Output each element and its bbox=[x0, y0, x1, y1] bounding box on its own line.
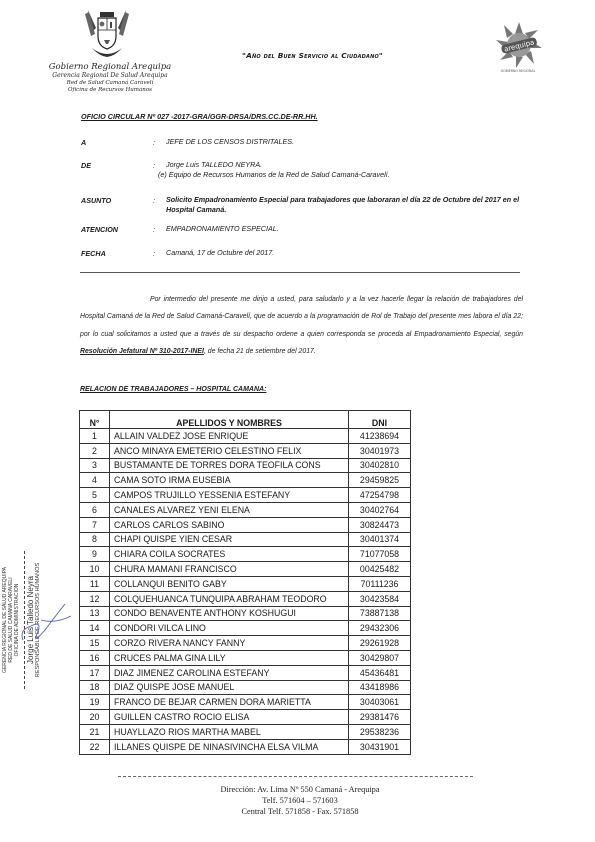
arequipa-sun-logo-icon: arequipa bbox=[494, 20, 544, 70]
org-line-office: Oficina de Recursos Humanos bbox=[40, 87, 180, 94]
employee-dni: 29538236 bbox=[349, 724, 411, 739]
employee-name: BUSTAMANTE DE TORRES DORA TEOFILA CONS bbox=[110, 458, 349, 473]
employee-name: GUILLEN CASTRO ROCIO ELISA bbox=[110, 710, 349, 725]
employee-dni: 29432306 bbox=[349, 621, 411, 636]
row-number: 7 bbox=[80, 517, 110, 532]
org-line-gerencia: Gerencia Regional De Salud Arequipa bbox=[40, 72, 180, 80]
table-row: 17DIAZ JIMENEZ CAROLINA ESTEFANY45436481 bbox=[80, 665, 411, 680]
row-number: 11 bbox=[80, 576, 110, 591]
row-number: 2 bbox=[80, 443, 110, 458]
field-separator: : bbox=[153, 225, 155, 234]
employee-name: CORZO RIVERA NANCY FANNY bbox=[110, 636, 349, 651]
row-number: 13 bbox=[80, 606, 110, 621]
row-number: 4 bbox=[80, 473, 110, 488]
employee-name: COLQUEHUANCA TUNQUIPA ABRAHAM TEODORO bbox=[110, 591, 349, 606]
employee-dni: 00425482 bbox=[349, 562, 411, 577]
table-row: 10CHURA MAMANI FRANCISCO00425482 bbox=[80, 562, 411, 577]
field-value-from-role: (e) Equipo de Recursos Humanos de la Red… bbox=[158, 170, 528, 180]
employee-dni: 45436481 bbox=[349, 665, 411, 680]
employee-dni: 30403061 bbox=[349, 695, 411, 710]
employee-dni: 30402810 bbox=[349, 458, 411, 473]
employee-name: ILLANES QUISPE DE NINASIVINCHA ELSA VILM… bbox=[110, 739, 349, 754]
footer-address: Dirección: Av. Lima Nº 550 Camaná - Areq… bbox=[150, 784, 450, 795]
org-line-government: Gobierno Regional Arequipa bbox=[40, 62, 180, 72]
employee-dni: 30824473 bbox=[349, 517, 411, 532]
employee-dni: 29261928 bbox=[349, 636, 411, 651]
column-header-dni: DNI bbox=[349, 411, 411, 429]
employee-dni: 73887138 bbox=[349, 606, 411, 621]
employee-dni: 71077058 bbox=[349, 547, 411, 562]
employee-name: DIAZ JIMENEZ CAROLINA ESTEFANY bbox=[110, 665, 349, 680]
field-label-date: FECHA bbox=[81, 249, 106, 258]
footer-phone: Telf. 571604 – 571603 bbox=[150, 795, 450, 806]
table-row: 13CONDO BENAVENTE ANTHONY KOSHUGUI738871… bbox=[80, 606, 411, 621]
employee-name: CONDO BENAVENTE ANTHONY KOSHUGUI bbox=[110, 606, 349, 621]
field-value-to: JEFE DE LOS CENSOS DISTRITALES. bbox=[166, 137, 536, 147]
table-row: 7CARLOS CARLOS SABINO30824473 bbox=[80, 517, 411, 532]
row-number: 10 bbox=[80, 562, 110, 577]
table-row: 5CAMPOS TRUJILLO YESSENIA ESTEFANY472547… bbox=[80, 488, 411, 503]
table-row: 20GUILLEN CASTRO ROCIO ELISA29381476 bbox=[80, 710, 411, 725]
column-header-name: APELLIDOS Y NOMBRES bbox=[110, 411, 349, 429]
employee-dni: 30401374 bbox=[349, 532, 411, 547]
employee-name: DIAZ QUISPE JOSE MANUEL bbox=[110, 680, 349, 695]
field-separator: : bbox=[153, 161, 155, 170]
employee-name: FRANCO DE BEJAR CARMEN DORA MARIETTA bbox=[110, 695, 349, 710]
footer-divider bbox=[118, 776, 473, 777]
employee-name: ANCO MINAYA EMETERIO CELESTINO FELIX bbox=[110, 443, 349, 458]
row-number: 12 bbox=[80, 591, 110, 606]
employee-name: CARLOS CARLOS SABINO bbox=[110, 517, 349, 532]
table-row: 18DIAZ QUISPE JOSE MANUEL43418986 bbox=[80, 680, 411, 695]
field-label-subject: ASUNTO bbox=[81, 196, 111, 205]
table-row: 9CHIARA COILA SOCRATES71077058 bbox=[80, 547, 411, 562]
field-separator: : bbox=[153, 196, 155, 205]
table-row: 22ILLANES QUISPE DE NINASIVINCHA ELSA VI… bbox=[80, 739, 411, 754]
memo-reference: OFICIO CIRCULAR Nº 027 -2017-GRA/GGR-DRS… bbox=[81, 112, 318, 121]
table-row: 16CRUCES PALMA GINA LILY30429807 bbox=[80, 650, 411, 665]
employee-dni: 30431901 bbox=[349, 739, 411, 754]
employee-dni: 30402764 bbox=[349, 502, 411, 517]
table-row: 12COLQUEHUANCA TUNQUIPA ABRAHAM TEODORO3… bbox=[80, 591, 411, 606]
employee-dni: 29459825 bbox=[349, 473, 411, 488]
footer-contact: Dirección: Av. Lima Nº 550 Camaná - Areq… bbox=[150, 784, 450, 817]
table-row: 3BUSTAMANTE DE TORRES DORA TEOFILA CONS3… bbox=[80, 458, 411, 473]
table-row: 6CANALES ALVAREZ YENI ELENA30402764 bbox=[80, 502, 411, 517]
employee-dni: 43418986 bbox=[349, 680, 411, 695]
table-row: 8CHAPI QUISPE YIEN CESAR30401374 bbox=[80, 532, 411, 547]
employee-name: CAMPOS TRUJILLO YESSENIA ESTEFANY bbox=[110, 488, 349, 503]
column-header-number: N° bbox=[80, 411, 110, 429]
row-number: 21 bbox=[80, 724, 110, 739]
org-line-red: Red de Salud Camaná Caravelí bbox=[40, 80, 180, 87]
employee-dni: 70111236 bbox=[349, 576, 411, 591]
staff-list-title: RELACION DE TRABAJADORES – HOSPITAL CAMA… bbox=[80, 386, 266, 393]
employee-dni: 29381476 bbox=[349, 710, 411, 725]
employee-dni: 30429807 bbox=[349, 650, 411, 665]
table-row: 19FRANCO DE BEJAR CARMEN DORA MARIETTA30… bbox=[80, 695, 411, 710]
employee-name: COLLANQUI BENITO GABY bbox=[110, 576, 349, 591]
row-number: 3 bbox=[80, 458, 110, 473]
row-number: 8 bbox=[80, 532, 110, 547]
body-paragraph: Por intermedio del presente me dirijo a … bbox=[80, 291, 523, 360]
footer-central-fax: Central Telf. 571858 - Fax. 571858 bbox=[150, 806, 450, 817]
year-motto: "Año del Buen Servicio al Ciudadano" bbox=[200, 51, 425, 60]
row-number: 17 bbox=[80, 665, 110, 680]
staff-table: N° APELLIDOS Y NOMBRES DNI 1ALLAIN VALDE… bbox=[79, 410, 411, 755]
employee-name: CRUCES PALMA GINA LILY bbox=[110, 650, 349, 665]
row-number: 22 bbox=[80, 739, 110, 754]
row-number: 20 bbox=[80, 710, 110, 725]
row-number: 16 bbox=[80, 650, 110, 665]
row-number: 9 bbox=[80, 547, 110, 562]
coat-of-arms-icon bbox=[82, 6, 132, 62]
employee-name: CONDORI VILCA LINO bbox=[110, 621, 349, 636]
resolution-reference: Resolución Jefatural Nº 310-2017-INEI bbox=[80, 348, 204, 355]
table-row: 15CORZO RIVERA NANCY FANNY29261928 bbox=[80, 636, 411, 651]
row-number: 6 bbox=[80, 502, 110, 517]
body-text-closing: , de fecha 21 de setiembre del 2017. bbox=[204, 348, 316, 355]
field-separator: : bbox=[153, 249, 155, 258]
employee-name: CHAPI QUISPE YIEN CESAR bbox=[110, 532, 349, 547]
employee-name: CHIARA COILA SOCRATES bbox=[110, 547, 349, 562]
field-label-attention: ATENCION bbox=[81, 225, 118, 234]
field-value-subject: Solicito Empadronamiento Especial para t… bbox=[166, 195, 536, 215]
row-number: 1 bbox=[80, 429, 110, 444]
employee-name: CHURA MAMANI FRANCISCO bbox=[110, 562, 349, 577]
employee-dni: 41238694 bbox=[349, 429, 411, 444]
row-number: 5 bbox=[80, 488, 110, 503]
field-label-from: DE bbox=[81, 161, 91, 170]
field-label-to: A bbox=[81, 138, 86, 147]
row-number: 15 bbox=[80, 636, 110, 651]
handwritten-signature-icon bbox=[15, 590, 75, 650]
employee-dni: 30401973 bbox=[349, 443, 411, 458]
table-row: 1ALLAIN VALDEZ JOSE ENRIQUE41238694 bbox=[80, 429, 411, 444]
header-divider bbox=[80, 272, 520, 273]
employee-name: HUAYLLAZO RIOS MARTHA MABEL bbox=[110, 724, 349, 739]
table-row: 11COLLANQUI BENITO GABY70111236 bbox=[80, 576, 411, 591]
employee-name: CANALES ALVAREZ YENI ELENA bbox=[110, 502, 349, 517]
field-value-date: Camaná, 17 de Octubre del 2017. bbox=[166, 248, 536, 258]
field-separator: : bbox=[153, 138, 155, 147]
row-number: 14 bbox=[80, 621, 110, 636]
table-row: 4CAMA SOTO IRMA EUSEBIA29459825 bbox=[80, 473, 411, 488]
field-value-from: Jorge Luis TALLEDO NEYRA. bbox=[166, 160, 536, 170]
table-header-row: N° APELLIDOS Y NOMBRES DNI bbox=[80, 411, 411, 429]
employee-name: CAMA SOTO IRMA EUSEBIA bbox=[110, 473, 349, 488]
row-number: 19 bbox=[80, 695, 110, 710]
employee-name: ALLAIN VALDEZ JOSE ENRIQUE bbox=[110, 429, 349, 444]
employee-dni: 30423584 bbox=[349, 591, 411, 606]
staff-table-body: 1ALLAIN VALDEZ JOSE ENRIQUE412386942ANCO… bbox=[80, 429, 411, 755]
row-number: 18 bbox=[80, 680, 110, 695]
field-value-attention: EMPADRONAMIENTO ESPECIAL. bbox=[166, 224, 536, 234]
organization-block: Gobierno Regional Arequipa Gerencia Regi… bbox=[40, 62, 180, 94]
employee-dni: 47254798 bbox=[349, 488, 411, 503]
table-row: 21HUAYLLAZO RIOS MARTHA MABEL29538236 bbox=[80, 724, 411, 739]
table-row: 2ANCO MINAYA EMETERIO CELESTINO FELIX304… bbox=[80, 443, 411, 458]
table-row: 14CONDORI VILCA LINO29432306 bbox=[80, 621, 411, 636]
brand-caption: GOBIERNO REGIONAL bbox=[490, 69, 546, 73]
body-text-intro: Por intermedio del presente me dirijo a … bbox=[80, 296, 523, 338]
